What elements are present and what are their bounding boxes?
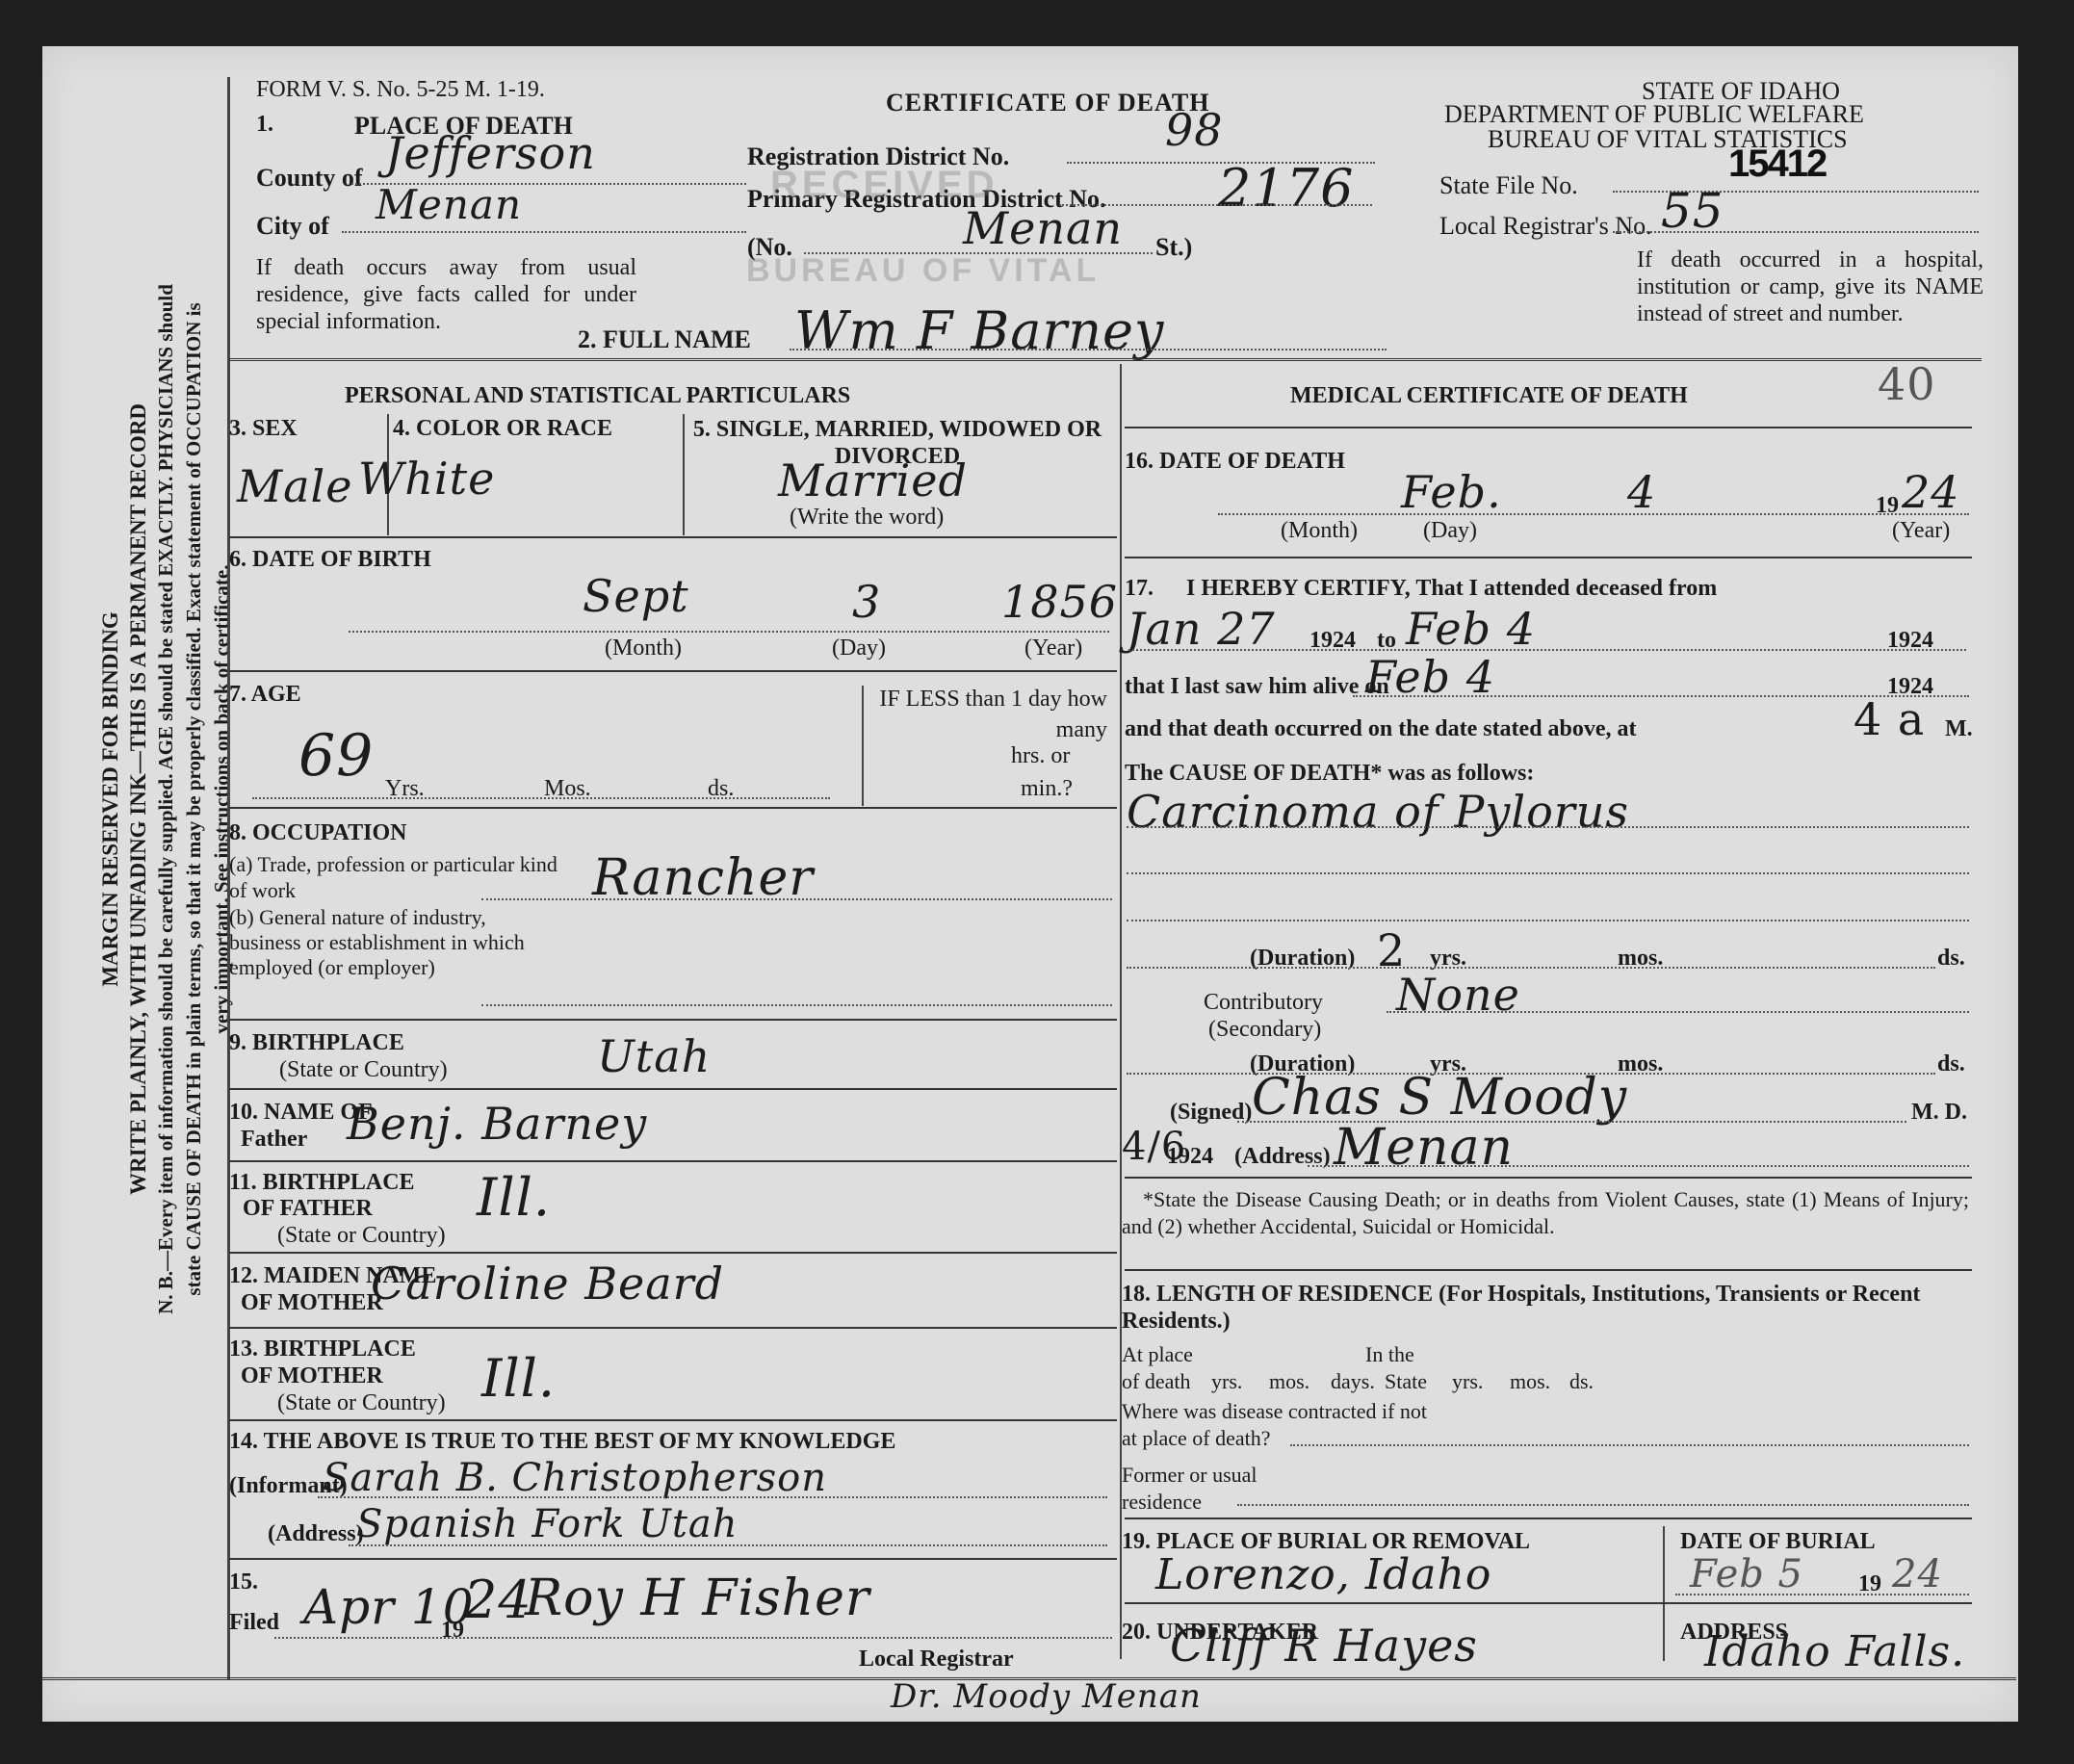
filed-year: 24 — [464, 1569, 532, 1630]
informant-heading: 14. THE ABOVE IS TRUE TO THE BEST OF MY … — [229, 1429, 895, 1455]
city-value: Menan — [376, 181, 522, 228]
registration-district-value: 98 — [1165, 104, 1224, 156]
attended-to: Feb 4 — [1406, 603, 1536, 655]
burial-date-label: DATE OF BURIAL — [1680, 1529, 1876, 1555]
sex-label: 3. SEX — [229, 416, 298, 442]
sign-address-value: Menan — [1334, 1119, 1514, 1177]
city-line — [342, 231, 746, 233]
residence-days: days. — [1331, 1369, 1375, 1394]
residence-mos: mos. — [1269, 1369, 1309, 1394]
personal-section-title: PERSONAL AND STATISTICAL PARTICULARS — [345, 383, 850, 409]
dob-line — [349, 631, 1109, 633]
row-divider — [1125, 1602, 1972, 1604]
informant-address-line — [349, 1544, 1107, 1546]
filed-number: 15. — [229, 1569, 258, 1595]
city-label: City of — [256, 212, 329, 241]
row-divider — [1125, 557, 1972, 558]
cause-line-2 — [1127, 872, 1969, 874]
race-divider — [683, 414, 685, 535]
sign-year: 1924 — [1167, 1144, 1213, 1170]
margin-line: MARGIN RESERVED FOR BINDING — [96, 67, 124, 1531]
state-file-label: State File No. — [1439, 171, 1578, 200]
mother-birthplace-sub: OF MOTHER — [241, 1363, 383, 1389]
local-registrar-line — [1613, 231, 1979, 233]
former-residence-label: Former or usual residence — [1122, 1462, 1334, 1516]
dob-label: 6. DATE OF BIRTH — [229, 547, 431, 573]
father-value: Benj. Barney — [347, 1098, 647, 1150]
sex-value: Male — [237, 460, 352, 512]
residence-label: 18. LENGTH OF RESIDENCE (For Hospitals, … — [1122, 1281, 1969, 1335]
age-line — [252, 797, 830, 799]
contributory-label: Contributory — [1204, 990, 1323, 1016]
registrar-label: Local Registrar — [859, 1647, 1014, 1673]
duration-line — [1127, 967, 1935, 969]
street-value: Menan — [963, 202, 1123, 254]
row-divider — [229, 1088, 1117, 1090]
filed-line — [274, 1637, 1112, 1639]
former-residence-line — [1237, 1504, 1969, 1506]
informant-value: Sarah B. Christopherson — [323, 1456, 827, 1500]
date-of-death-label: 16. DATE OF DEATH — [1125, 449, 1345, 475]
burial-date-value: Feb 5 — [1690, 1552, 1803, 1596]
row-divider — [1125, 1177, 1972, 1179]
row-divider — [229, 1019, 1117, 1021]
form-number: FORM V. S. No. 5-25 M. 1-19. — [256, 77, 545, 103]
filed-label: Filed — [229, 1610, 279, 1636]
full-name-label: 2. FULL NAME — [578, 325, 751, 354]
dob-day: 3 — [852, 576, 881, 628]
bottom-note: Dr. Moody Menan — [891, 1677, 1202, 1716]
duration-ds-label: ds. — [1937, 946, 1965, 972]
in-the-label: In the — [1365, 1342, 1414, 1367]
corner-note: 40 — [1878, 358, 1936, 410]
away-note: If death occurs away from usual residenc… — [256, 254, 636, 335]
father-sub: Father — [241, 1127, 307, 1153]
burial-value: Lorenzo, Idaho — [1155, 1550, 1491, 1599]
secondary-label: (Secondary) — [1208, 1017, 1321, 1043]
occupation-a: (a) Trade, profession or particular kind… — [229, 851, 576, 903]
margin-line: very important. See instructions on back… — [208, 67, 236, 1531]
contributory-line — [1387, 1011, 1969, 1013]
burial-year: 24 — [1892, 1552, 1943, 1596]
full-name-value: Wm F Barney — [794, 300, 1164, 361]
birthplace-value: Utah — [597, 1030, 711, 1082]
margin-instructions: MARGIN RESERVED FOR BINDING WRITE PLAINL… — [96, 67, 236, 1531]
hrs-label: hrs. or — [1011, 743, 1070, 769]
dob-year-hint: (Year) — [1024, 636, 1082, 661]
last-saw-text: that I last saw him alive on — [1125, 674, 1389, 700]
date-of-death-day: 4 — [1627, 466, 1656, 518]
dod-day-hint: (Day) — [1423, 518, 1477, 544]
mother-birthplace-label: 13. BIRTHPLACE — [229, 1336, 416, 1362]
sign-address-line — [1308, 1165, 1969, 1167]
occupation-line-b — [481, 1004, 1112, 1006]
of-death-label: of death — [1122, 1369, 1190, 1394]
less-than-day: IF LESS than 1 day how many — [871, 684, 1107, 745]
cause-value: Carcinoma of Pylorus — [1127, 786, 1629, 838]
cause-line-1 — [1127, 826, 1969, 828]
date-of-death-year: 24 — [1902, 466, 1960, 518]
row-divider — [1125, 1269, 1972, 1271]
age-value: 69 — [298, 722, 374, 790]
contracted-line — [1290, 1444, 1969, 1446]
informant-address-value: Spanish Fork Utah — [356, 1502, 739, 1546]
filed-year-prefix: 19 — [441, 1618, 464, 1644]
father-birthplace-label: 11. BIRTHPLACE — [229, 1170, 415, 1196]
row-divider — [1125, 1518, 1972, 1519]
row-divider — [229, 1419, 1117, 1421]
certify-text: I HEREBY CERTIFY, That I attended deceas… — [1186, 576, 1717, 602]
m-label: M. — [1945, 716, 1973, 742]
cause-line-3 — [1127, 920, 1969, 921]
row-divider — [229, 1558, 1117, 1560]
received-stamp: RECEIVED — [770, 164, 998, 207]
state-mos: mos. — [1510, 1369, 1550, 1394]
informant-line — [318, 1496, 1107, 1498]
row-divider — [229, 1160, 1117, 1162]
attended-from: Jan 27 — [1127, 603, 1276, 655]
occupation-line — [481, 898, 1112, 900]
marital-value: Married — [778, 454, 968, 506]
attended-line — [1128, 649, 1966, 651]
dob-year: 1856 — [1001, 576, 1118, 628]
date-of-death-line — [1218, 513, 1969, 515]
state-file-value: 15412 — [1728, 143, 1826, 186]
certify-number: 17. — [1125, 576, 1154, 602]
county-label: County of — [256, 164, 363, 193]
local-registrar-no-label: Local Registrar's No. — [1439, 212, 1652, 241]
age-label: 7. AGE — [229, 682, 301, 708]
street-suffix: St.) — [1155, 233, 1192, 262]
mother-sub: OF MOTHER — [241, 1290, 383, 1316]
birthplace-label: 9. BIRTHPLACE — [229, 1030, 404, 1056]
date-of-death-month: Feb. — [1401, 466, 1502, 518]
marital-hint: (Write the word) — [790, 505, 944, 531]
residence-yrs: yrs. — [1211, 1369, 1242, 1394]
at-place-label: At place — [1122, 1342, 1193, 1367]
hospital-note: If death occurred in a hospital, institu… — [1637, 246, 1983, 327]
mother-birthplace-hint: (State or Country) — [277, 1390, 446, 1416]
primary-district-value: 2176 — [1218, 158, 1354, 219]
margin-line: N. B.—Every item of information should b… — [152, 67, 180, 1531]
full-name-line — [790, 349, 1387, 350]
cause-label: The CAUSE OF DEATH* was as follows: — [1125, 761, 1534, 787]
father-birthplace-hint: (State or Country) — [277, 1223, 446, 1249]
dod-month-hint: (Month) — [1281, 518, 1358, 544]
dod-year-hint: (Year) — [1892, 518, 1950, 544]
father-birthplace-sub: OF FATHER — [243, 1196, 373, 1222]
burial-date-line — [1675, 1594, 1969, 1595]
row-divider — [229, 1252, 1117, 1254]
age-divider — [862, 686, 864, 806]
row-divider — [229, 670, 1117, 672]
row-divider — [229, 807, 1117, 809]
row-divider — [229, 1327, 1117, 1329]
occupation-b: (b) General nature of industry, business… — [229, 905, 561, 980]
signed-value: Chas S Moody — [1252, 1069, 1627, 1127]
informant-address-label: (Address) — [268, 1521, 364, 1547]
state-label: State — [1385, 1369, 1427, 1394]
received-stamp-bureau: BUREAU OF VITAL — [746, 252, 1100, 290]
medical-section-title: MEDICAL CERTIFICATE OF DEATH — [1290, 383, 1688, 409]
county-value: Jefferson — [385, 127, 596, 179]
dob-month-hint: (Month) — [605, 636, 682, 661]
birthplace-hint: (State or Country) — [279, 1057, 448, 1083]
occurred-text: and that death occurred on the date stat… — [1125, 716, 1637, 742]
race-label: 4. COLOR OR RACE — [393, 416, 612, 442]
registrar-signature: Roy H Fisher — [525, 1569, 870, 1627]
undertaker-address-value: Idaho Falls. — [1704, 1627, 1965, 1676]
mother-birthplace-value: Ill. — [481, 1348, 556, 1409]
dob-day-hint: (Day) — [832, 636, 886, 661]
occupation-label: 8. OCCUPATION — [229, 820, 406, 846]
header-divider — [229, 358, 1982, 364]
burial-divider — [1663, 1526, 1665, 1661]
mother-value: Caroline Beard — [371, 1258, 724, 1310]
row-divider — [229, 536, 1117, 538]
state-ds: ds. — [1569, 1369, 1594, 1394]
md-label: M. D. — [1911, 1100, 1967, 1126]
margin-line: state CAUSE OF DEATH in plain terms, so … — [180, 67, 208, 1531]
father-birthplace-value: Ill. — [477, 1167, 551, 1228]
certificate-title: CERTIFICATE OF DEATH — [886, 89, 1209, 117]
margin-line: WRITE PLAINLY, WITH UNFADING INK—THIS IS… — [124, 67, 152, 1531]
race-value: White — [358, 453, 495, 505]
duration-ds-label-2: ds. — [1937, 1051, 1965, 1077]
state-yrs: yrs. — [1452, 1369, 1483, 1394]
cause-footnote: *State the Disease Causing Death; or in … — [1122, 1186, 1969, 1240]
place-number: 1. — [256, 112, 273, 138]
min-label: min.? — [1021, 776, 1073, 802]
dob-month: Sept — [583, 570, 689, 622]
occurred-value: 4 a — [1854, 693, 1925, 745]
undertaker-value: Cliff R Hayes — [1170, 1620, 1478, 1672]
medical-title-divider — [1125, 427, 1972, 428]
